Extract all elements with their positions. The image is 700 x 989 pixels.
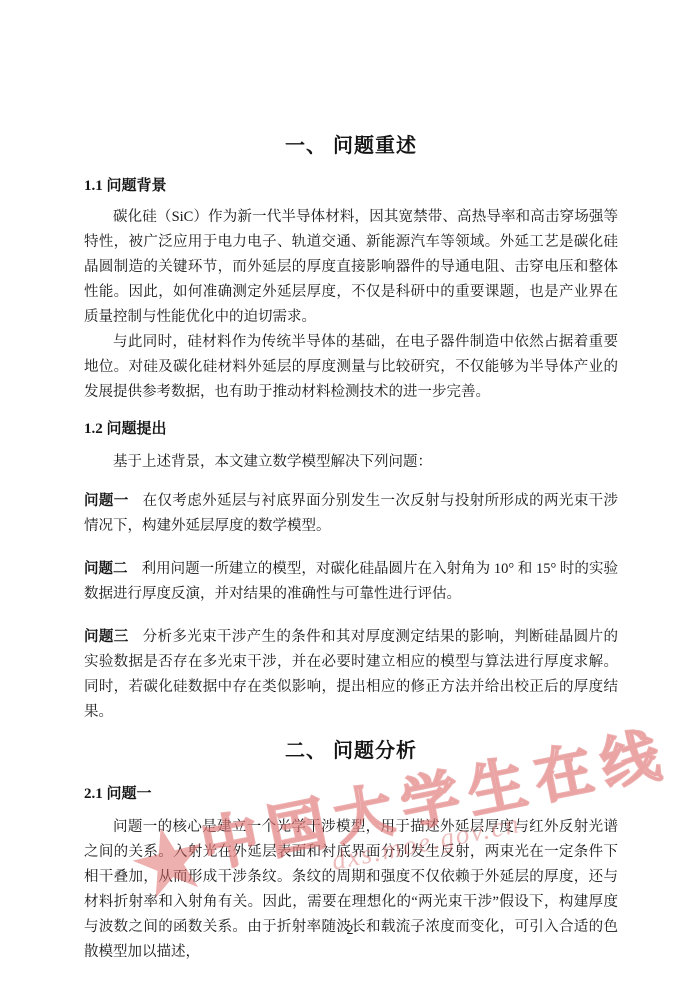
problem-2: 问题二利用问题一所建立的模型，对碳化硅晶圆片在入射角为 10° 和 15° 时的… — [84, 557, 618, 607]
problem-1-text: 在仅考虑外延层与衬底界面分别发生一次反射与投射所形成的两光束干涉情况下，构建外延… — [84, 493, 618, 534]
section-heading-1-2: 1.2 问题提出 — [84, 419, 618, 440]
problem-2-label: 问题二 — [84, 561, 128, 577]
background-paragraph-1: 碳化硅（SiC）作为新一代半导体材料，因其宽禁带、高热导率和高击穿场强等特性，被… — [84, 205, 618, 330]
chapter-title-2: 二、 问题分析 — [84, 738, 618, 764]
problem-2-text: 利用问题一所建立的模型，对碳化硅晶圆片在入射角为 10° 和 15° 时的实验数… — [84, 561, 618, 602]
problem-3: 问题三分析多光束干涉产生的条件和其对厚度测定结果的影响，判断硅晶圆片的实验数据是… — [84, 625, 618, 725]
chapter-title-1: 一、 问题重述 — [84, 133, 618, 159]
section-heading-1-1: 1.1 问题背景 — [84, 176, 618, 197]
analysis-paragraph-1: 问题一的核心是建立一个光学干涉模型，用于描述外延层厚度与红外反射光谱之间的关系。… — [84, 815, 618, 965]
background-paragraph-2: 与此同时，硅材料作为传统半导体的基础，在电子器件制造中依然占据着重要地位。对硅及… — [84, 330, 618, 405]
page-number: 2 — [0, 922, 700, 940]
problem-3-label: 问题三 — [84, 629, 129, 645]
document-page: 一、 问题重述 1.1 问题背景 碳化硅（SiC）作为新一代半导体材料，因其宽禁… — [0, 0, 700, 989]
questions-intro: 基于上述背景，本文建立数学模型解决下列问题： — [84, 450, 618, 475]
problem-3-text: 分析多光束干涉产生的条件和其对厚度测定结果的影响，判断硅晶圆片的实验数据是否存在… — [84, 629, 618, 720]
problem-1-label: 问题一 — [84, 493, 129, 509]
section-heading-2-1: 2.1 问题一 — [84, 784, 618, 805]
page-content: 一、 问题重述 1.1 问题背景 碳化硅（SiC）作为新一代半导体材料，因其宽禁… — [84, 0, 618, 965]
problem-1: 问题一在仅考虑外延层与衬底界面分别发生一次反射与投射所形成的两光束干涉情况下，构… — [84, 489, 618, 539]
